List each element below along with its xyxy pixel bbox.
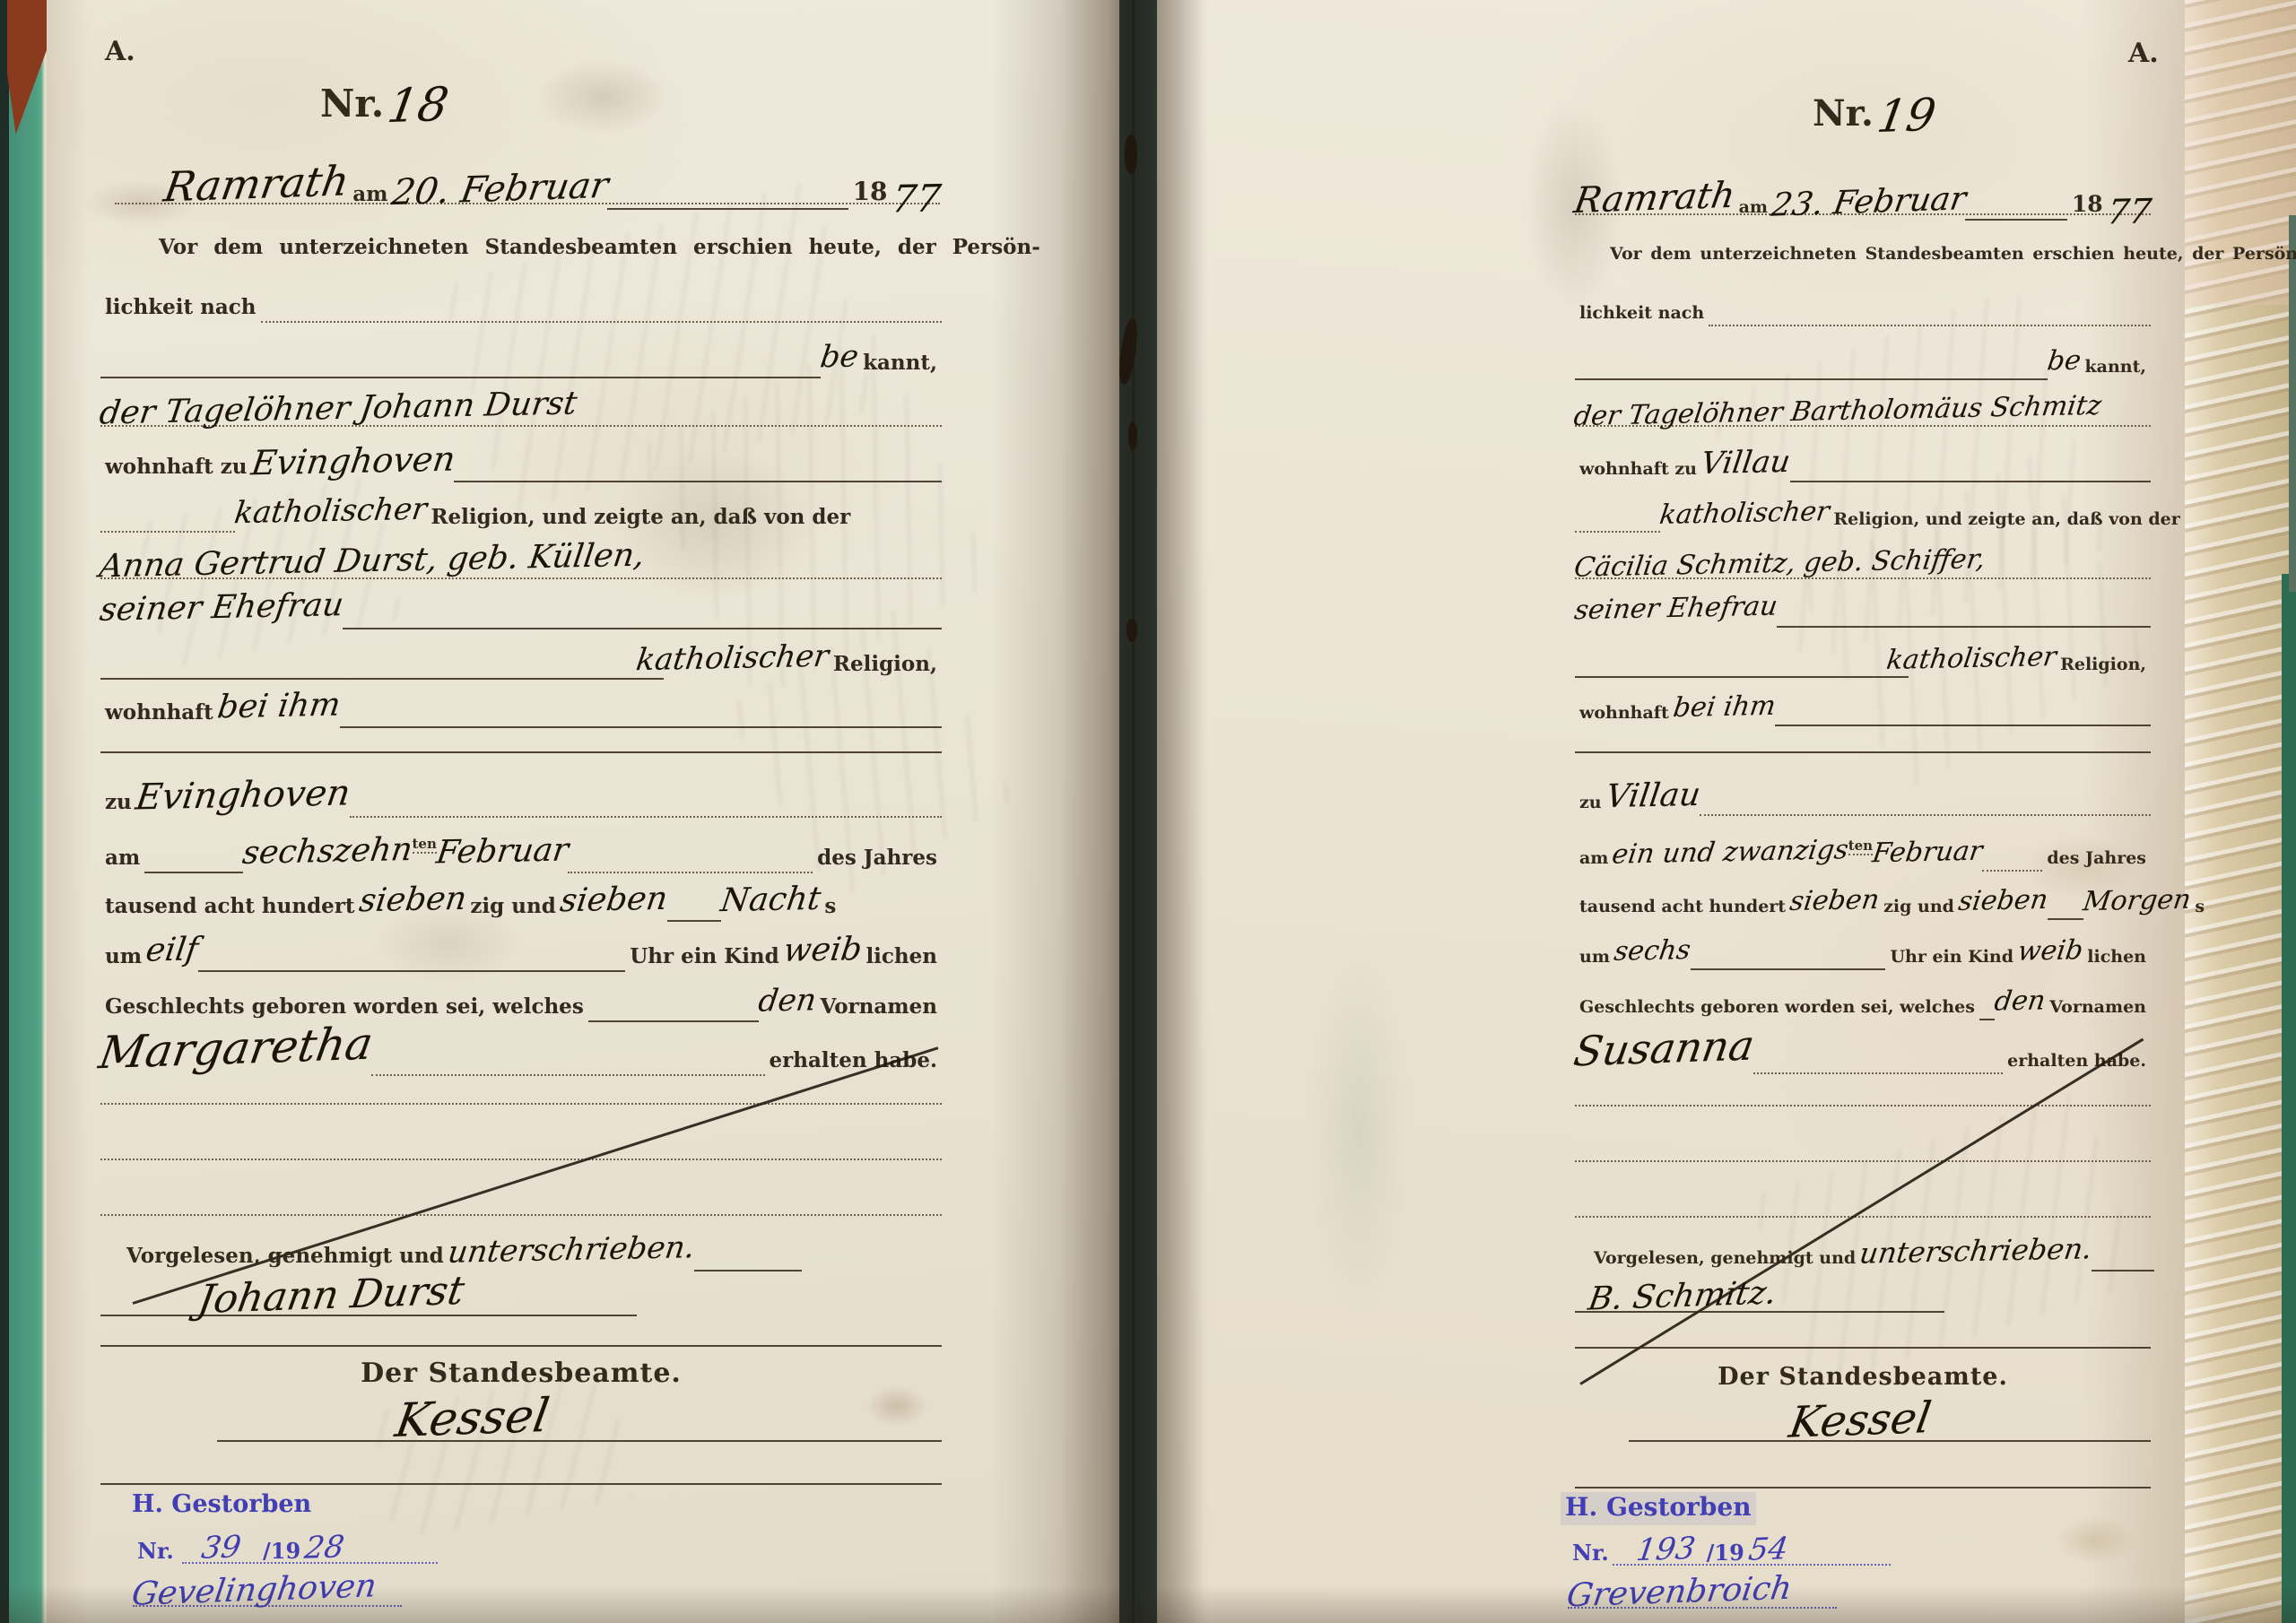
form-line	[1575, 1105, 2151, 1107]
birth-day-value: sechszehn	[240, 831, 414, 872]
year-prefix: 18	[2067, 191, 2108, 221]
binding-tear	[1126, 619, 1137, 642]
erhalten-habe-label: erhalten habe.	[765, 1048, 942, 1076]
form-line	[607, 208, 848, 210]
wohnhaft2-row: wohnhaft bei ihm	[100, 683, 942, 728]
official-signature-row: Kessel	[1575, 1392, 2151, 1447]
religion1-row: katholischer Religion, und zeigte an, da…	[100, 486, 942, 533]
intro-text: Vor dem unterzeichneten Standesbeamten e…	[154, 235, 1045, 263]
book-cover-right-sliver	[2289, 215, 2296, 592]
nr-label: Nr.	[1808, 92, 1878, 138]
intro-line2-row: lichkeit nach	[1575, 292, 2151, 326]
form-line	[1709, 325, 2151, 326]
unit-value: sieben	[558, 881, 670, 919]
death-stamp-heading: H. Gestorben	[127, 1490, 316, 1522]
form-line	[1575, 1160, 2151, 1162]
form-line	[100, 1214, 942, 1216]
am2-label: am	[1575, 848, 1613, 872]
year-suffix: 77	[889, 176, 943, 221]
decade-value: sieben	[357, 881, 469, 919]
wohnhaft-label: wohnhaft	[1575, 703, 1674, 726]
form-line	[100, 751, 942, 753]
residence-value: Evinghoven	[248, 439, 457, 483]
den-value: den	[756, 982, 818, 1019]
declarant-signature: Johann Durst	[195, 1268, 467, 1323]
lichen-label: lichen	[861, 944, 942, 972]
official-signature: Kessel	[392, 1389, 553, 1448]
zig-und-label: zig und	[1879, 897, 1959, 920]
bekannt-handwritten: be	[818, 339, 861, 376]
um-label: um	[100, 944, 146, 972]
form-line	[1777, 626, 2151, 628]
form-line	[1790, 481, 2151, 482]
religion1-printed: Religion, und zeigte an, daß von der	[1829, 509, 2184, 533]
intro-text2: lichkeit nach	[1575, 303, 1709, 326]
residence-row: wohnhaft zu Villau	[1575, 439, 2151, 482]
bekannt-printed: kannt,	[2081, 357, 2152, 380]
standesbeamte-label: Der Standesbeamte.	[1713, 1363, 2013, 1394]
zu-label: zu	[100, 790, 136, 818]
mother-row: Anna Gertrud Durst, geb. Küllen,	[100, 534, 942, 585]
empty-dotted-line	[100, 1098, 942, 1105]
birthdate-row: am sechszehn ten Februar des Jahres	[100, 823, 942, 873]
official-signature: Kessel	[1786, 1393, 1935, 1447]
blank-line-row	[1575, 744, 2151, 753]
intro-text2: lichkeit nach	[100, 295, 261, 323]
hour-row: um sechs Uhr ein Kind weib lichen	[1575, 924, 2151, 970]
page-bottom-shadow	[0, 1585, 2296, 1623]
geschlechts-row: Geschlechts geboren worden sei, welches …	[100, 972, 942, 1022]
death-stamp-number: Nr. 39 /19 28	[133, 1526, 438, 1567]
standesbeamte-heading: Der Standesbeamte.	[1575, 1363, 2151, 1394]
vorgelesen-row: Vorgelesen, genehmigt und unterschrieben…	[1589, 1225, 2151, 1271]
binding-tear	[1125, 135, 1137, 174]
lichen-label: lichen	[2083, 947, 2151, 970]
residence-row: wohnhaft zu Evinghoven	[100, 436, 942, 482]
year-suffix: 77	[2105, 191, 2154, 231]
record-date: 20. Februar	[388, 165, 611, 213]
ehefrau-value: seiner Ehefrau	[98, 586, 346, 629]
form-line	[1775, 725, 2151, 726]
form-line	[1575, 1347, 2151, 1349]
vornamen-label: Vornamen	[2045, 997, 2151, 1020]
corner-letter-label: A.	[100, 36, 140, 71]
declarant-row: der Tagelöhner Johann Durst	[100, 384, 942, 432]
sex-value: weib	[2016, 934, 2085, 968]
birthyear-row: tausend acht hundert sieben zig und sieb…	[100, 872, 942, 922]
child-name: Margaretha	[95, 1018, 376, 1080]
religion1-value: katholischer	[232, 491, 430, 531]
intro-text: Vor dem unterzeichneten Standesbeamten e…	[1605, 244, 2296, 267]
daypart-value: Morgen	[2081, 884, 2193, 917]
intro-line1: Vor dem unterzeichneten Standesbeamten e…	[1605, 244, 2151, 267]
den-value: den	[1992, 985, 2047, 1017]
birthplace-row: zu Evinghoven	[100, 769, 942, 818]
residence-value: Villau	[1699, 444, 1793, 482]
corner-letter: A.	[100, 36, 140, 71]
child-name: Susanna	[1570, 1021, 1758, 1076]
wohnhaft2-row: wohnhaft bei ihm	[1575, 685, 2151, 726]
birth-day-value: ein und zwanzigs	[1611, 834, 1851, 870]
stamp-year-value: 54	[1746, 1531, 1790, 1567]
des-jahres-label: des Jahres	[2042, 848, 2151, 872]
form-line	[261, 321, 943, 323]
birthyear-row: tausend acht hundert sieben zig und sieb…	[1575, 873, 2151, 920]
form-line	[1700, 814, 2151, 816]
bekannt-printed: kannt,	[858, 351, 942, 378]
ten-superscript: ten	[1848, 838, 1873, 855]
record-number-value: 18	[384, 78, 452, 134]
intro-line1: Vor dem unterzeichneten Standesbeamten e…	[154, 235, 944, 263]
form-line	[1965, 219, 2067, 221]
religion2-printed: Religion,	[2056, 655, 2151, 678]
wohnhaft-bei-value: bei ihm	[215, 687, 343, 726]
declarant-signature: B. Schmitz.	[1586, 1274, 1779, 1317]
tausend-label: tausend acht hundert	[1575, 897, 1790, 920]
hour-value: eilf	[143, 931, 200, 968]
form-line	[1753, 1072, 2003, 1074]
bekannt-row: be kannt,	[100, 337, 942, 378]
ehefrau-row: seiner Ehefrau	[100, 585, 942, 629]
declarant-row: der Tagelöhner Bartholomäus Schmitz	[1575, 387, 2151, 432]
erhalten-habe-label: erhalten habe.	[2003, 1051, 2151, 1074]
nr-label: Nr.	[316, 82, 388, 129]
child-name-row: Margaretha erhalten habe.	[100, 1019, 942, 1076]
geschlechts-label: Geschlechts geboren worden sei, welches	[1575, 997, 1979, 1020]
form-line	[100, 1345, 942, 1347]
form-line	[1691, 968, 1886, 970]
form-line	[371, 1074, 764, 1076]
form-line	[100, 1159, 942, 1160]
religion1-row: katholischer Religion, und zeigte an, da…	[1575, 490, 2151, 533]
form-line	[2048, 918, 2083, 920]
form-line	[343, 628, 942, 629]
form-line	[1575, 751, 2151, 753]
form-line	[100, 531, 235, 533]
form-line	[100, 678, 664, 680]
am-label: am	[348, 182, 392, 210]
child-name-row: Susanna erhalten habe.	[1575, 1020, 2151, 1074]
bekannt-row: be kannt,	[1575, 343, 2151, 380]
ehefrau-row: seiner Ehefrau	[1575, 586, 2151, 628]
gestorben-stamp-label: H. Gestorben	[127, 1490, 316, 1522]
sex-value: weib	[781, 931, 865, 969]
death-stamp-heading: H. Gestorben	[1561, 1492, 1756, 1525]
religion2-row: katholischer Religion,	[100, 635, 942, 680]
bekannt-handwritten: be	[2045, 345, 2083, 378]
form-line	[100, 1103, 942, 1105]
wohnhaft-bei-value: bei ihm	[1671, 690, 1778, 724]
binding-tear	[1117, 317, 1140, 386]
register-book-spread: A. Nr. 18 Ramrath am 20. Februar 18 77 V…	[0, 0, 2296, 1623]
birthdate-row: am ein und zwanzigs ten Februar des Jahr…	[1575, 825, 2151, 872]
intro-line2-row: lichkeit nach	[100, 285, 942, 323]
s-suffix: s	[820, 894, 840, 922]
religion2-row: katholischer Religion,	[1575, 637, 2151, 678]
decade-value: sieben	[1788, 884, 1882, 917]
form-line	[217, 1440, 942, 1442]
vorgelesen-row: Vorgelesen, genehmigt und unterschrieben…	[122, 1221, 942, 1271]
ten-superscript: ten	[413, 836, 437, 854]
death-stamp-number: Nr. 193 /19 54	[1568, 1528, 1891, 1569]
stamp-number-value: 193	[1634, 1531, 1698, 1568]
blank-line-row	[100, 742, 942, 753]
religion1-printed: Religion, und zeigte an, daß von der	[426, 505, 855, 533]
declarant-signature-row: Johann Durst	[100, 1266, 942, 1322]
form-line	[100, 377, 821, 378]
empty-dotted-line	[1575, 1155, 2151, 1162]
wohnhaft-zu-label: wohnhaft zu	[1575, 459, 1701, 482]
unit-value: sieben	[1956, 884, 2049, 917]
ehefrau-value: seiner Ehefrau	[1572, 591, 1779, 627]
um-label: um	[1575, 947, 1614, 970]
record-number-value: 19	[1874, 89, 1939, 143]
hour-value: sechs	[1612, 934, 1692, 968]
blank-line-row	[1575, 1481, 2151, 1488]
birth-month-value: Februar	[1871, 836, 1985, 870]
blank-line-row	[1575, 1341, 2151, 1349]
form-line	[454, 481, 942, 482]
zu-label: zu	[1575, 793, 1606, 816]
birthplace-value: Evinghoven	[133, 773, 352, 819]
corner-letter-label: A.	[2124, 38, 2163, 73]
blank-line-row	[100, 1478, 942, 1485]
wohnhaft-zu-label: wohnhaft zu	[100, 455, 252, 482]
binding-tear	[1128, 421, 1137, 450]
record-number: Nr. 18	[316, 75, 448, 129]
record-place: Ramrath	[1571, 175, 1738, 221]
record-place: Ramrath	[161, 156, 352, 211]
record-date: 23. Februar	[1769, 180, 1969, 223]
year-prefix: 18	[848, 177, 892, 210]
am-label: am	[1735, 197, 1772, 221]
mother-row: Cäcilia Schmitz, geb. Schiffer,	[1575, 538, 2151, 585]
form-line	[1575, 1487, 2151, 1488]
des-jahres-label: des Jahres	[813, 846, 942, 873]
hour-row: um eilf Uhr ein Kind weib lichen	[100, 922, 942, 972]
tausend-label: tausend acht hundert	[100, 894, 360, 922]
form-line	[350, 816, 942, 818]
gestorben-stamp-label: H. Gestorben	[1561, 1492, 1756, 1525]
form-line	[100, 1483, 942, 1485]
geschlechts-row: Geschlechts geboren worden sei, welches …	[1575, 974, 2151, 1020]
religion2-printed: Religion,	[829, 652, 942, 680]
daypart-value: Nacht	[718, 881, 823, 919]
birthplace-value: Villau	[1604, 777, 1703, 815]
religion2-value: katholischer	[1884, 641, 2058, 676]
form-line	[1575, 1216, 2151, 1218]
book-cover-left-edge	[0, 0, 52, 1623]
uhr-ein-kind-label: Uhr ein Kind	[1885, 947, 2018, 970]
form-line	[1575, 378, 2048, 380]
s-suffix: s	[2190, 897, 2209, 920]
stamp-year-value: 28	[302, 1529, 346, 1566]
zig-und-label: zig und	[465, 894, 560, 922]
declarant-signature-row: B. Schmitz.	[1575, 1268, 2151, 1318]
empty-dotted-line	[100, 1153, 942, 1160]
uhr-ein-kind-label: Uhr ein Kind	[625, 944, 784, 972]
book-cover-right-edge	[2282, 574, 2296, 1623]
birth-month-value: Februar	[434, 831, 571, 871]
binding-crease	[1132, 0, 1135, 1623]
empty-dotted-line	[100, 1209, 942, 1216]
official-signature-row: Kessel	[100, 1388, 942, 1447]
religion1-value: katholischer	[1657, 496, 1831, 531]
wohnhaft-label: wohnhaft	[100, 700, 218, 728]
empty-dotted-line	[1575, 1099, 2151, 1107]
record-number: Nr. 19	[1808, 86, 1935, 138]
form-line	[1575, 676, 1909, 678]
place-date-row: Ramrath am 20. Februar 18 77	[115, 133, 940, 210]
form-line	[1575, 531, 1660, 533]
form-line	[340, 726, 942, 728]
birthplace-row: zu Villau	[1575, 771, 2151, 816]
unterschrieben-hw: unterschrieben.	[446, 1229, 697, 1271]
corner-letter: A.	[2124, 38, 2163, 73]
stamp-number-value: 39	[199, 1529, 243, 1566]
am2-label: am	[100, 846, 144, 873]
place-date-row: Ramrath am 23. Februar 18 77	[1575, 152, 2151, 221]
blank-line-row	[100, 1340, 942, 1347]
unterschrieben-hw: unterschrieben.	[1857, 1231, 2094, 1270]
form-line	[1982, 870, 2042, 872]
religion2-value: katholischer	[634, 638, 831, 678]
